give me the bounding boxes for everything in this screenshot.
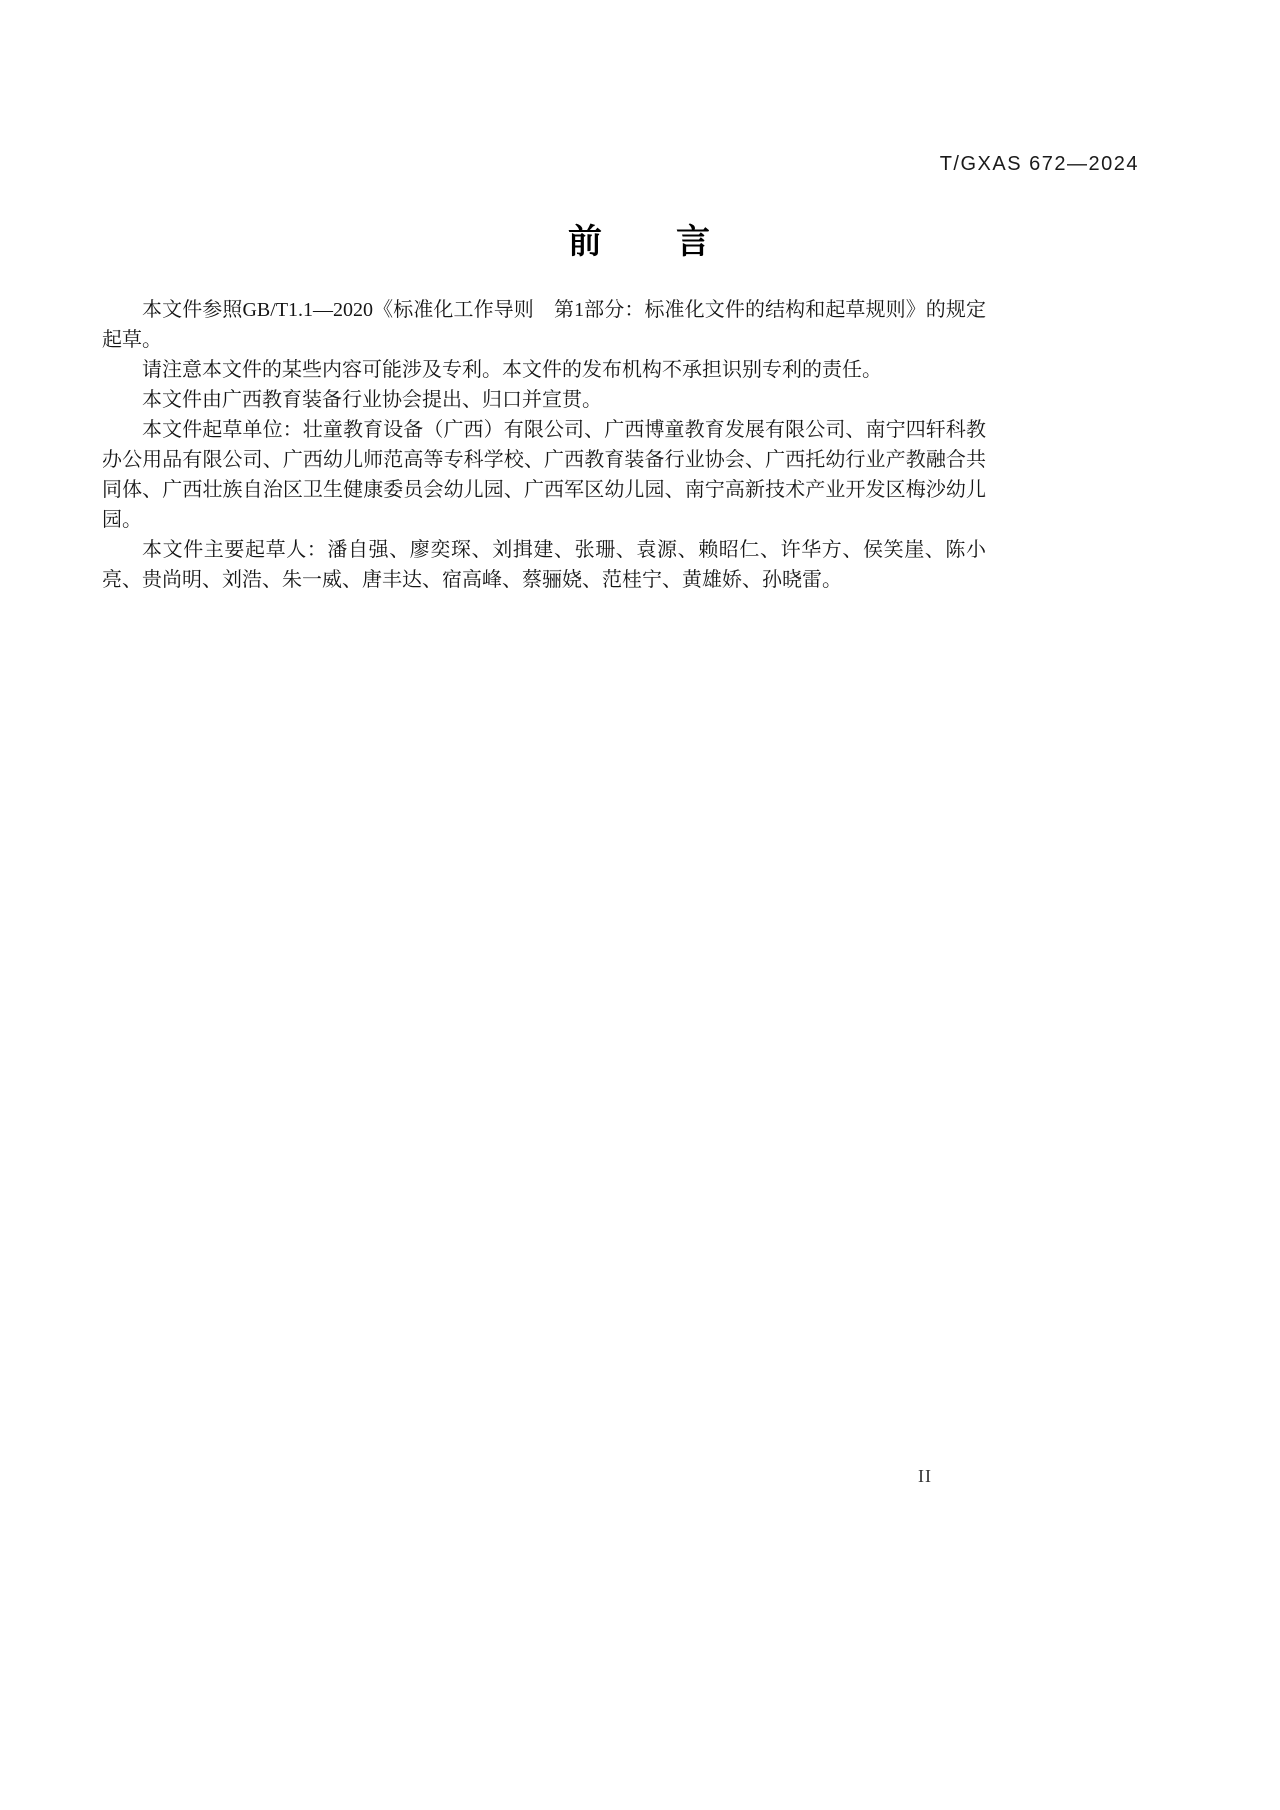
- paragraph-patent-notice: 请注意本文件的某些内容可能涉及专利。本文件的发布机构不承担识别专利的责任。: [102, 355, 986, 385]
- document-page: T/GXAS 672—2024 前 言 本文件参照GB/T1.1—2020《标准…: [0, 0, 1280, 1810]
- paragraph-drafting-rules: 本文件参照GB/T1.1—2020《标准化工作导则 第1部分：标准化文件的结构和…: [102, 295, 986, 355]
- page-number: II: [918, 1466, 932, 1487]
- paragraph-drafting-organizations: 本文件起草单位：壮童教育设备（广西）有限公司、广西博童教育发展有限公司、南宁四轩…: [102, 415, 986, 535]
- doc-number: T/GXAS 672—2024: [940, 153, 1139, 176]
- page-title: 前 言: [0, 222, 1280, 262]
- paragraph-proposing-org: 本文件由广西教育装备行业协会提出、归口并宣贯。: [102, 385, 986, 415]
- paragraph-main-drafters: 本文件主要起草人：潘自强、廖奕琛、刘揖建、张珊、袁源、赖昭仁、许华方、侯笑崖、陈…: [102, 535, 986, 595]
- foreword-body: 本文件参照GB/T1.1—2020《标准化工作导则 第1部分：标准化文件的结构和…: [102, 295, 986, 595]
